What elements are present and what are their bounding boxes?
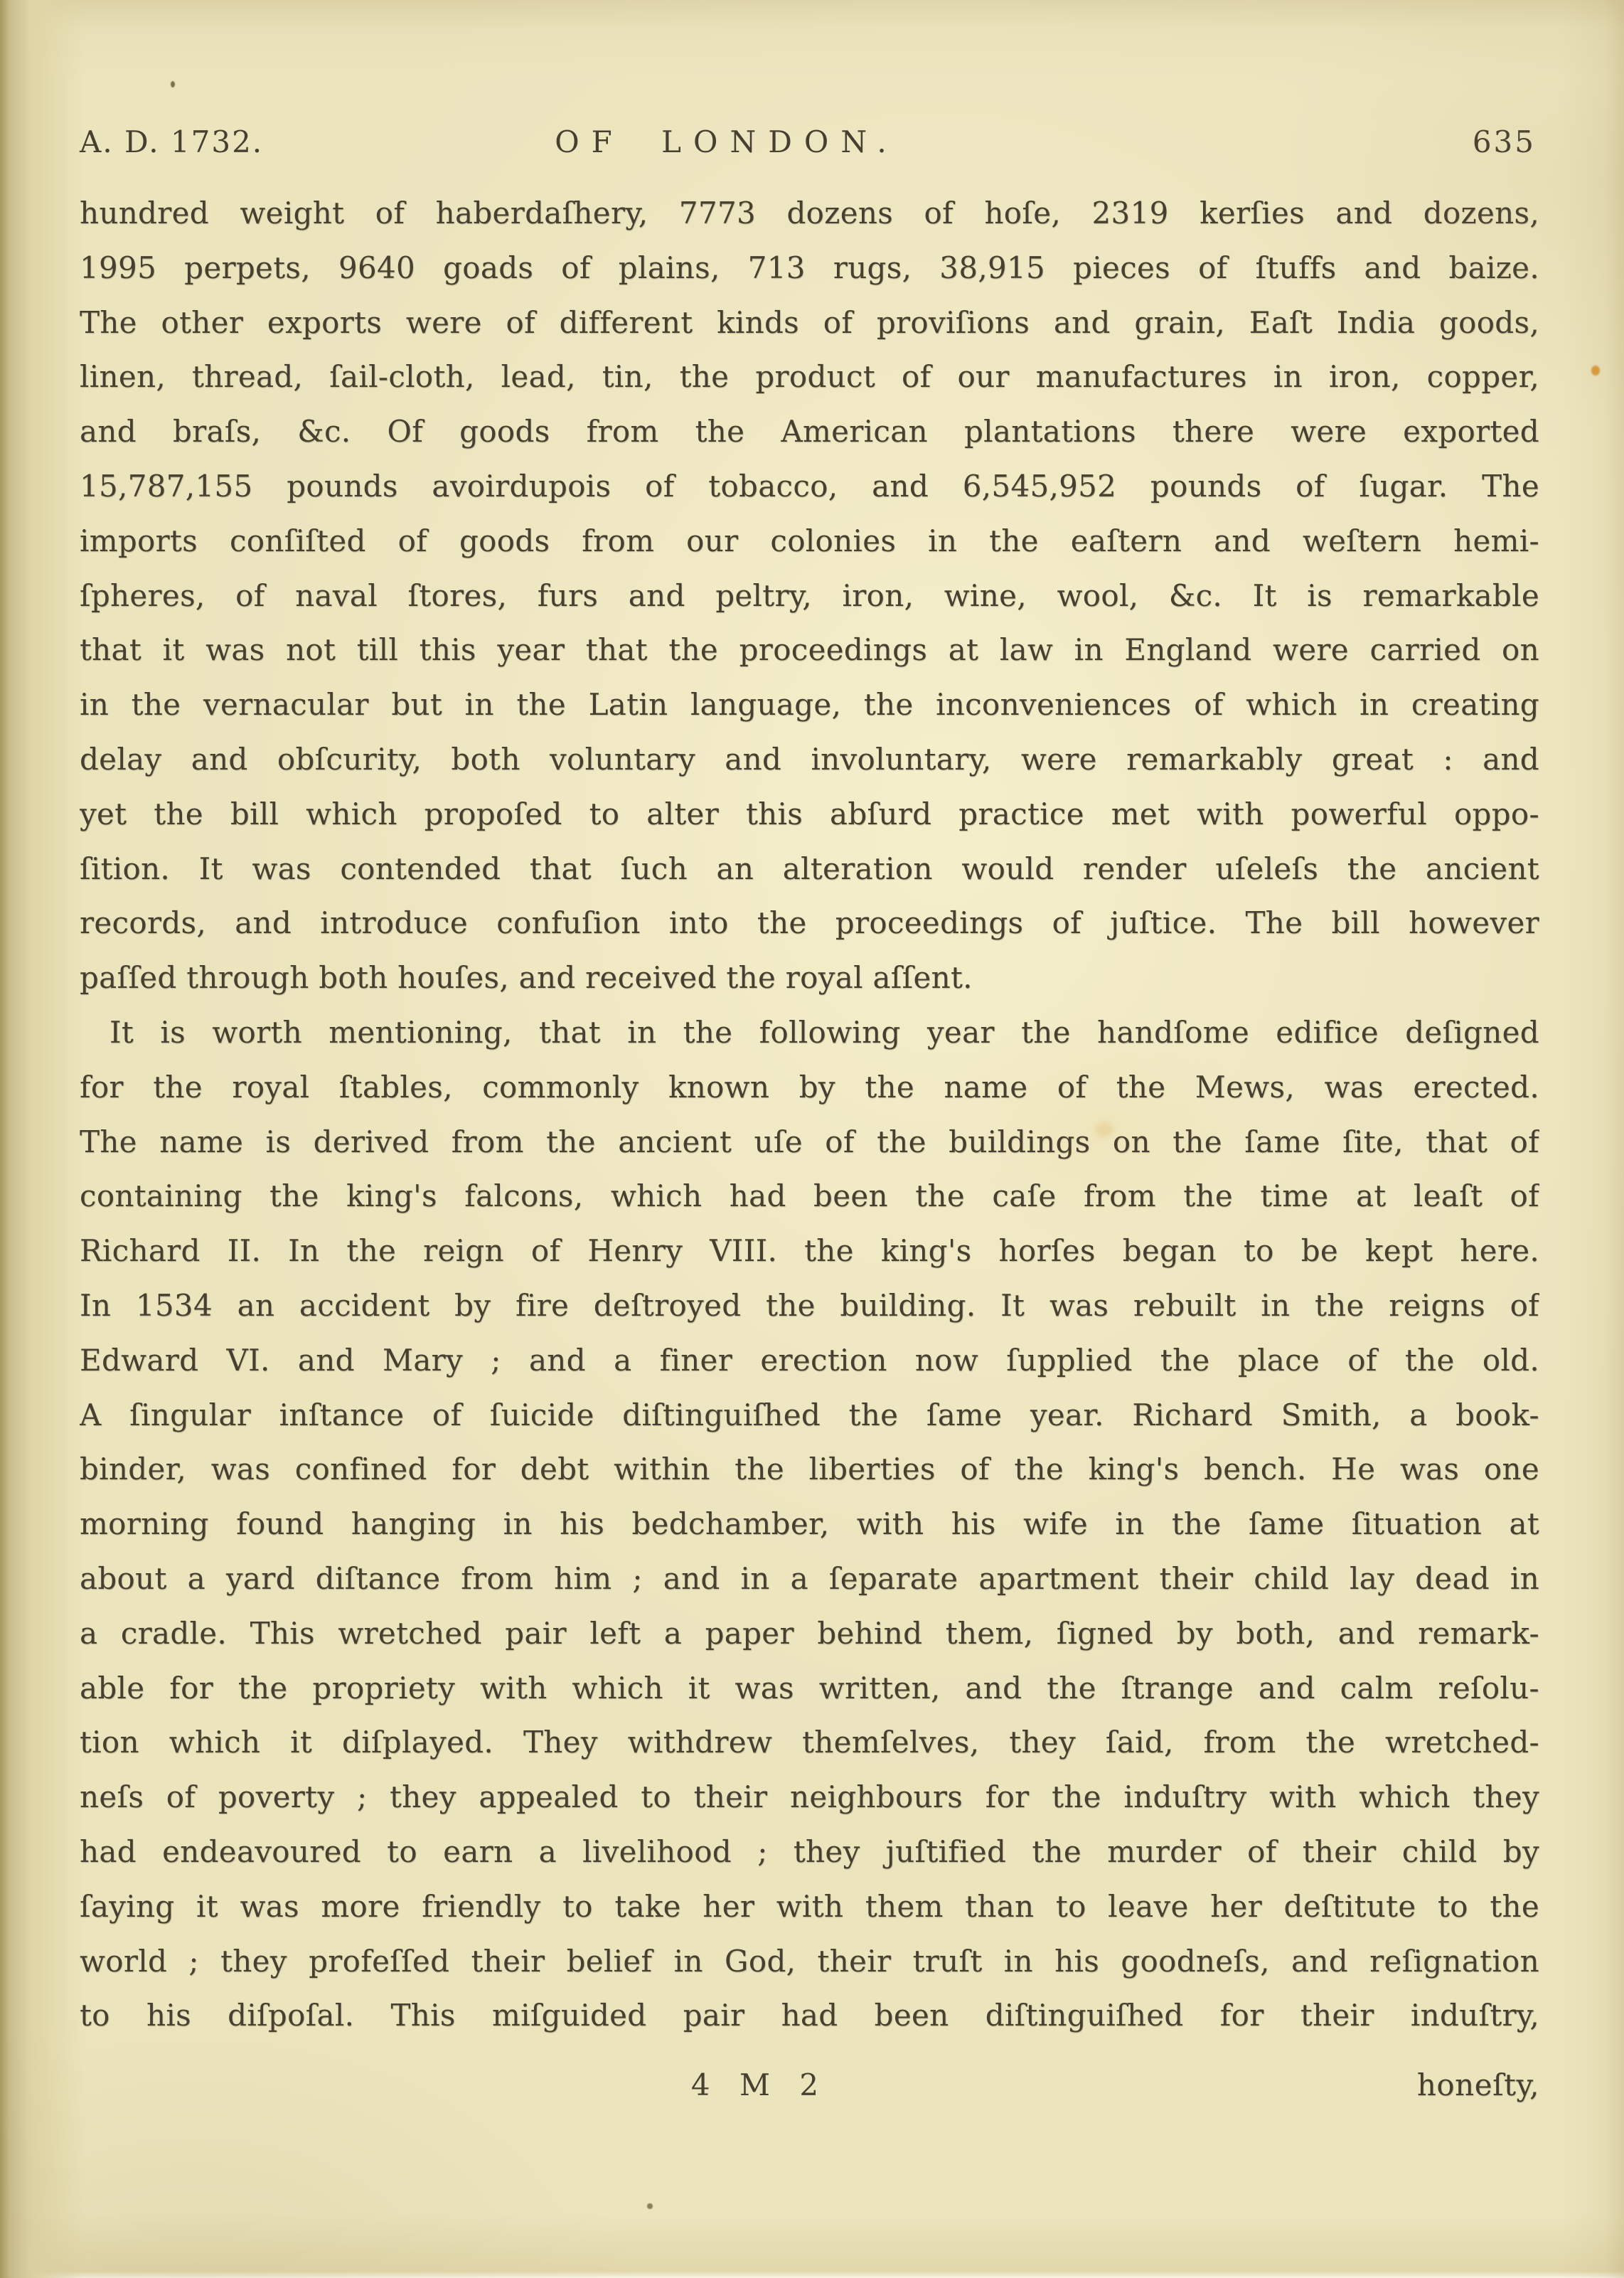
text-line: yet the bill which propoſed to alter thi… bbox=[80, 787, 1539, 842]
text-line: imports conſiſted of goods from our colo… bbox=[80, 514, 1539, 569]
text-line: The other exports were of different kind… bbox=[80, 296, 1539, 351]
text-line: ſaying it was more friendly to take her … bbox=[80, 1880, 1539, 1934]
header-date: A. D. 1732. bbox=[80, 119, 263, 165]
text-line: about a yard diſtance from him ; and in … bbox=[80, 1552, 1539, 1607]
text-line: ſpheres, of naval ſtores, furs and peltr… bbox=[80, 569, 1539, 624]
paper-speck bbox=[647, 2203, 653, 2209]
book-page: A. D. 1732. OF LONDON. 635 hundred weigh… bbox=[0, 0, 1624, 2278]
text-line: had endeavoured to earn a livelihood ; t… bbox=[80, 1825, 1539, 1880]
page-footer: 4 M 2 honeſty, bbox=[80, 2057, 1539, 2121]
text-line: able for the propriety with which it was… bbox=[80, 1661, 1539, 1716]
text-line: hundred weight of haberdaſhery, 7773 doz… bbox=[80, 186, 1539, 241]
header-page-number: 635 bbox=[1473, 119, 1536, 165]
text-line: to his diſpoſal. This miſguided pair had… bbox=[80, 1989, 1539, 2043]
text-line: paſſed through both houſes, and received… bbox=[80, 951, 1539, 1006]
text-line: containing the king's falcons, which had… bbox=[80, 1169, 1539, 1224]
text-line: binder, was confined for debt within the… bbox=[80, 1442, 1539, 1497]
text-line: for the royal ſtables, commonly known by… bbox=[80, 1060, 1539, 1115]
text-line: delay and obſcurity, both voluntary and … bbox=[80, 733, 1539, 787]
text-line: tion which it diſplayed. They withdrew t… bbox=[80, 1715, 1539, 1770]
paper-speck bbox=[1591, 366, 1600, 376]
text-line: neſs of poverty ; they appealed to their… bbox=[80, 1770, 1539, 1825]
text-line: in the vernacular but in the Latin langu… bbox=[80, 678, 1539, 733]
text-line: and braſs, &c. Of goods from the America… bbox=[80, 405, 1539, 459]
catchword: honeſty, bbox=[1417, 2057, 1539, 2114]
text-line: morning found hanging in his bedchamber,… bbox=[80, 1497, 1539, 1552]
text-line: It is worth mentioning, that in the foll… bbox=[80, 1006, 1539, 1060]
text-line: records, and introduce confuſion into th… bbox=[80, 896, 1539, 951]
text-line: The name is derived from the ancient uſe… bbox=[80, 1115, 1539, 1170]
text-line: ſition. It was contended that ſuch an al… bbox=[80, 842, 1539, 897]
text-line: linen, thread, ſail-cloth, lead, tin, th… bbox=[80, 350, 1539, 405]
header-running-title: OF LONDON. bbox=[555, 119, 899, 165]
text-line: 1995 perpets, 9640 goads of plains, 713 … bbox=[80, 241, 1539, 296]
text-line: a cradle. This wretched pair left a pape… bbox=[80, 1607, 1539, 1661]
page-header: A. D. 1732. OF LONDON. 635 bbox=[0, 119, 1624, 165]
paper-speck bbox=[171, 81, 175, 87]
text-line: Richard II. In the reign of Henry VIII. … bbox=[80, 1224, 1539, 1279]
press-signature: 4 M 2 bbox=[691, 2057, 821, 2114]
page-body: hundred weight of haberdaſhery, 7773 doz… bbox=[80, 186, 1539, 2043]
text-line: In 1534 an accident by fire deſtroyed th… bbox=[80, 1279, 1539, 1334]
text-line: world ; they profeſſed their belief in G… bbox=[80, 1934, 1539, 1989]
text-line: that it was not till this year that the … bbox=[80, 623, 1539, 678]
text-line: 15,787,155 pounds avoirdupois of tobacco… bbox=[80, 459, 1539, 514]
text-line: Edward VI. and Mary ; and a finer erecti… bbox=[80, 1334, 1539, 1388]
text-line: A ſingular inſtance of ſuicide diſtingui… bbox=[80, 1388, 1539, 1443]
